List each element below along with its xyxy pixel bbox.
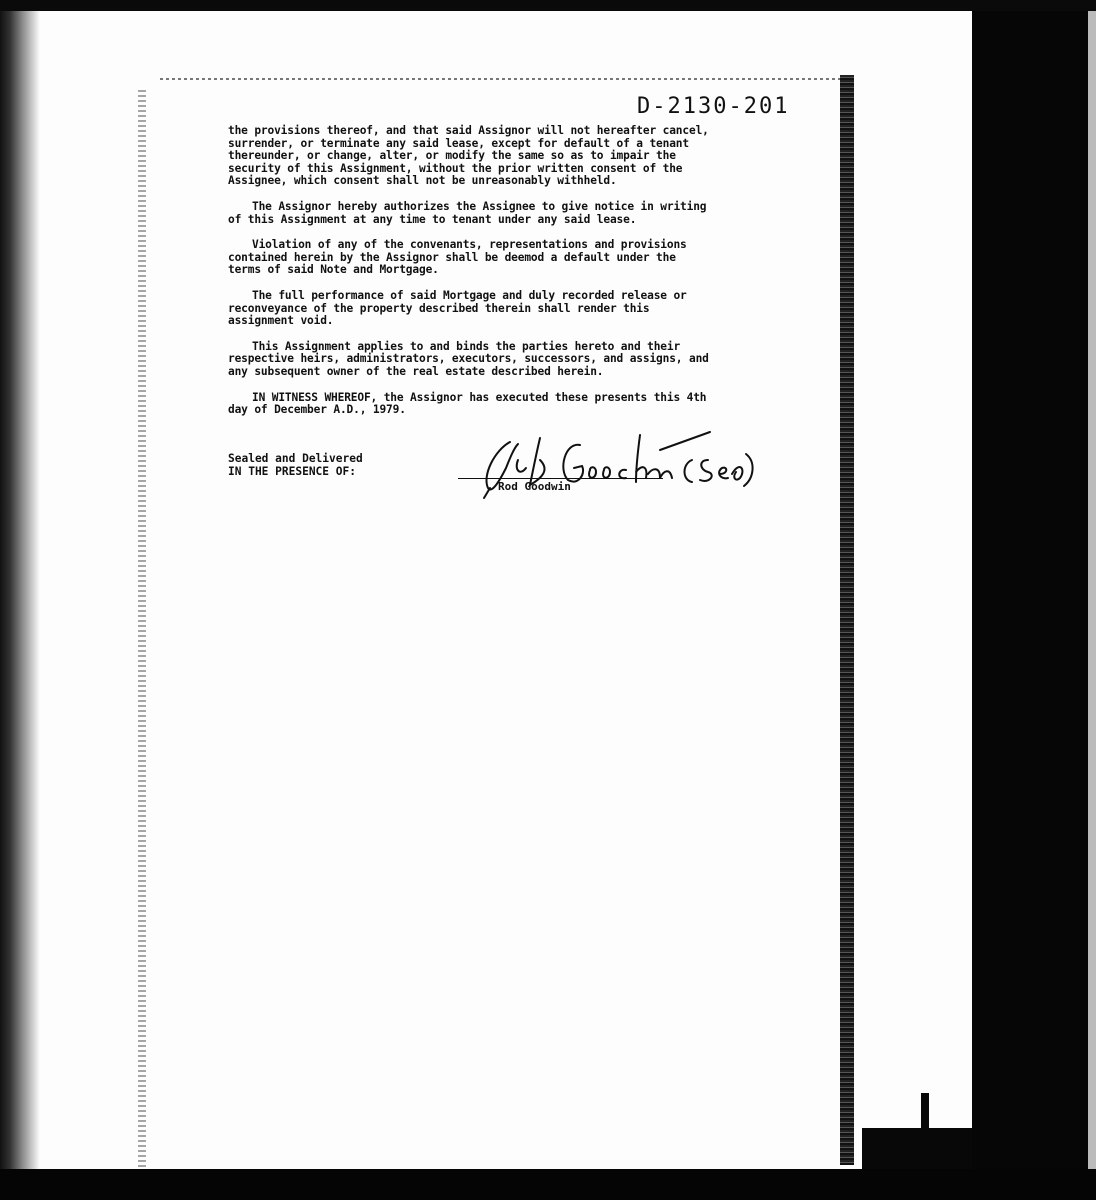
paragraph-notice: The Assignor hereby authorizes the Assig… — [228, 201, 788, 226]
scanner-artifact — [921, 1093, 929, 1133]
scanner-bottom-border — [0, 1169, 1096, 1200]
witness-block: Sealed and Delivered IN THE PRESENCE OF: — [228, 453, 363, 478]
page-top-edge — [160, 78, 840, 80]
paragraph-performance: The full performance of said Mortgage an… — [228, 290, 788, 328]
paragraph-binding: This Assignment applies to and binds the… — [228, 341, 788, 379]
signer-name: Rod Goodwin — [498, 480, 571, 493]
scanned-page: D-2130-201 the provisions thereof, and t… — [0, 0, 1096, 1200]
paragraph-violation: Violation of any of the convenants, repr… — [228, 239, 788, 277]
scanner-top-border — [0, 0, 1096, 11]
paragraph-provisions: the provisions thereof, and that said As… — [228, 125, 788, 188]
document-number: D-2130-201 — [637, 94, 789, 119]
page-fold-mark — [138, 90, 146, 1170]
paragraph-witness: IN WITNESS WHEREOF, the Assignor has exe… — [228, 392, 788, 417]
scanner-artifact-block — [862, 1128, 972, 1170]
document-body: the provisions thereof, and that said As… — [228, 125, 788, 430]
page-right-edge-stripe — [840, 75, 854, 1165]
scanner-right-border — [972, 11, 1096, 1171]
scanner-left-shadow — [0, 11, 40, 1171]
scanner-right-edge — [1088, 11, 1096, 1171]
signature-line — [458, 478, 663, 479]
